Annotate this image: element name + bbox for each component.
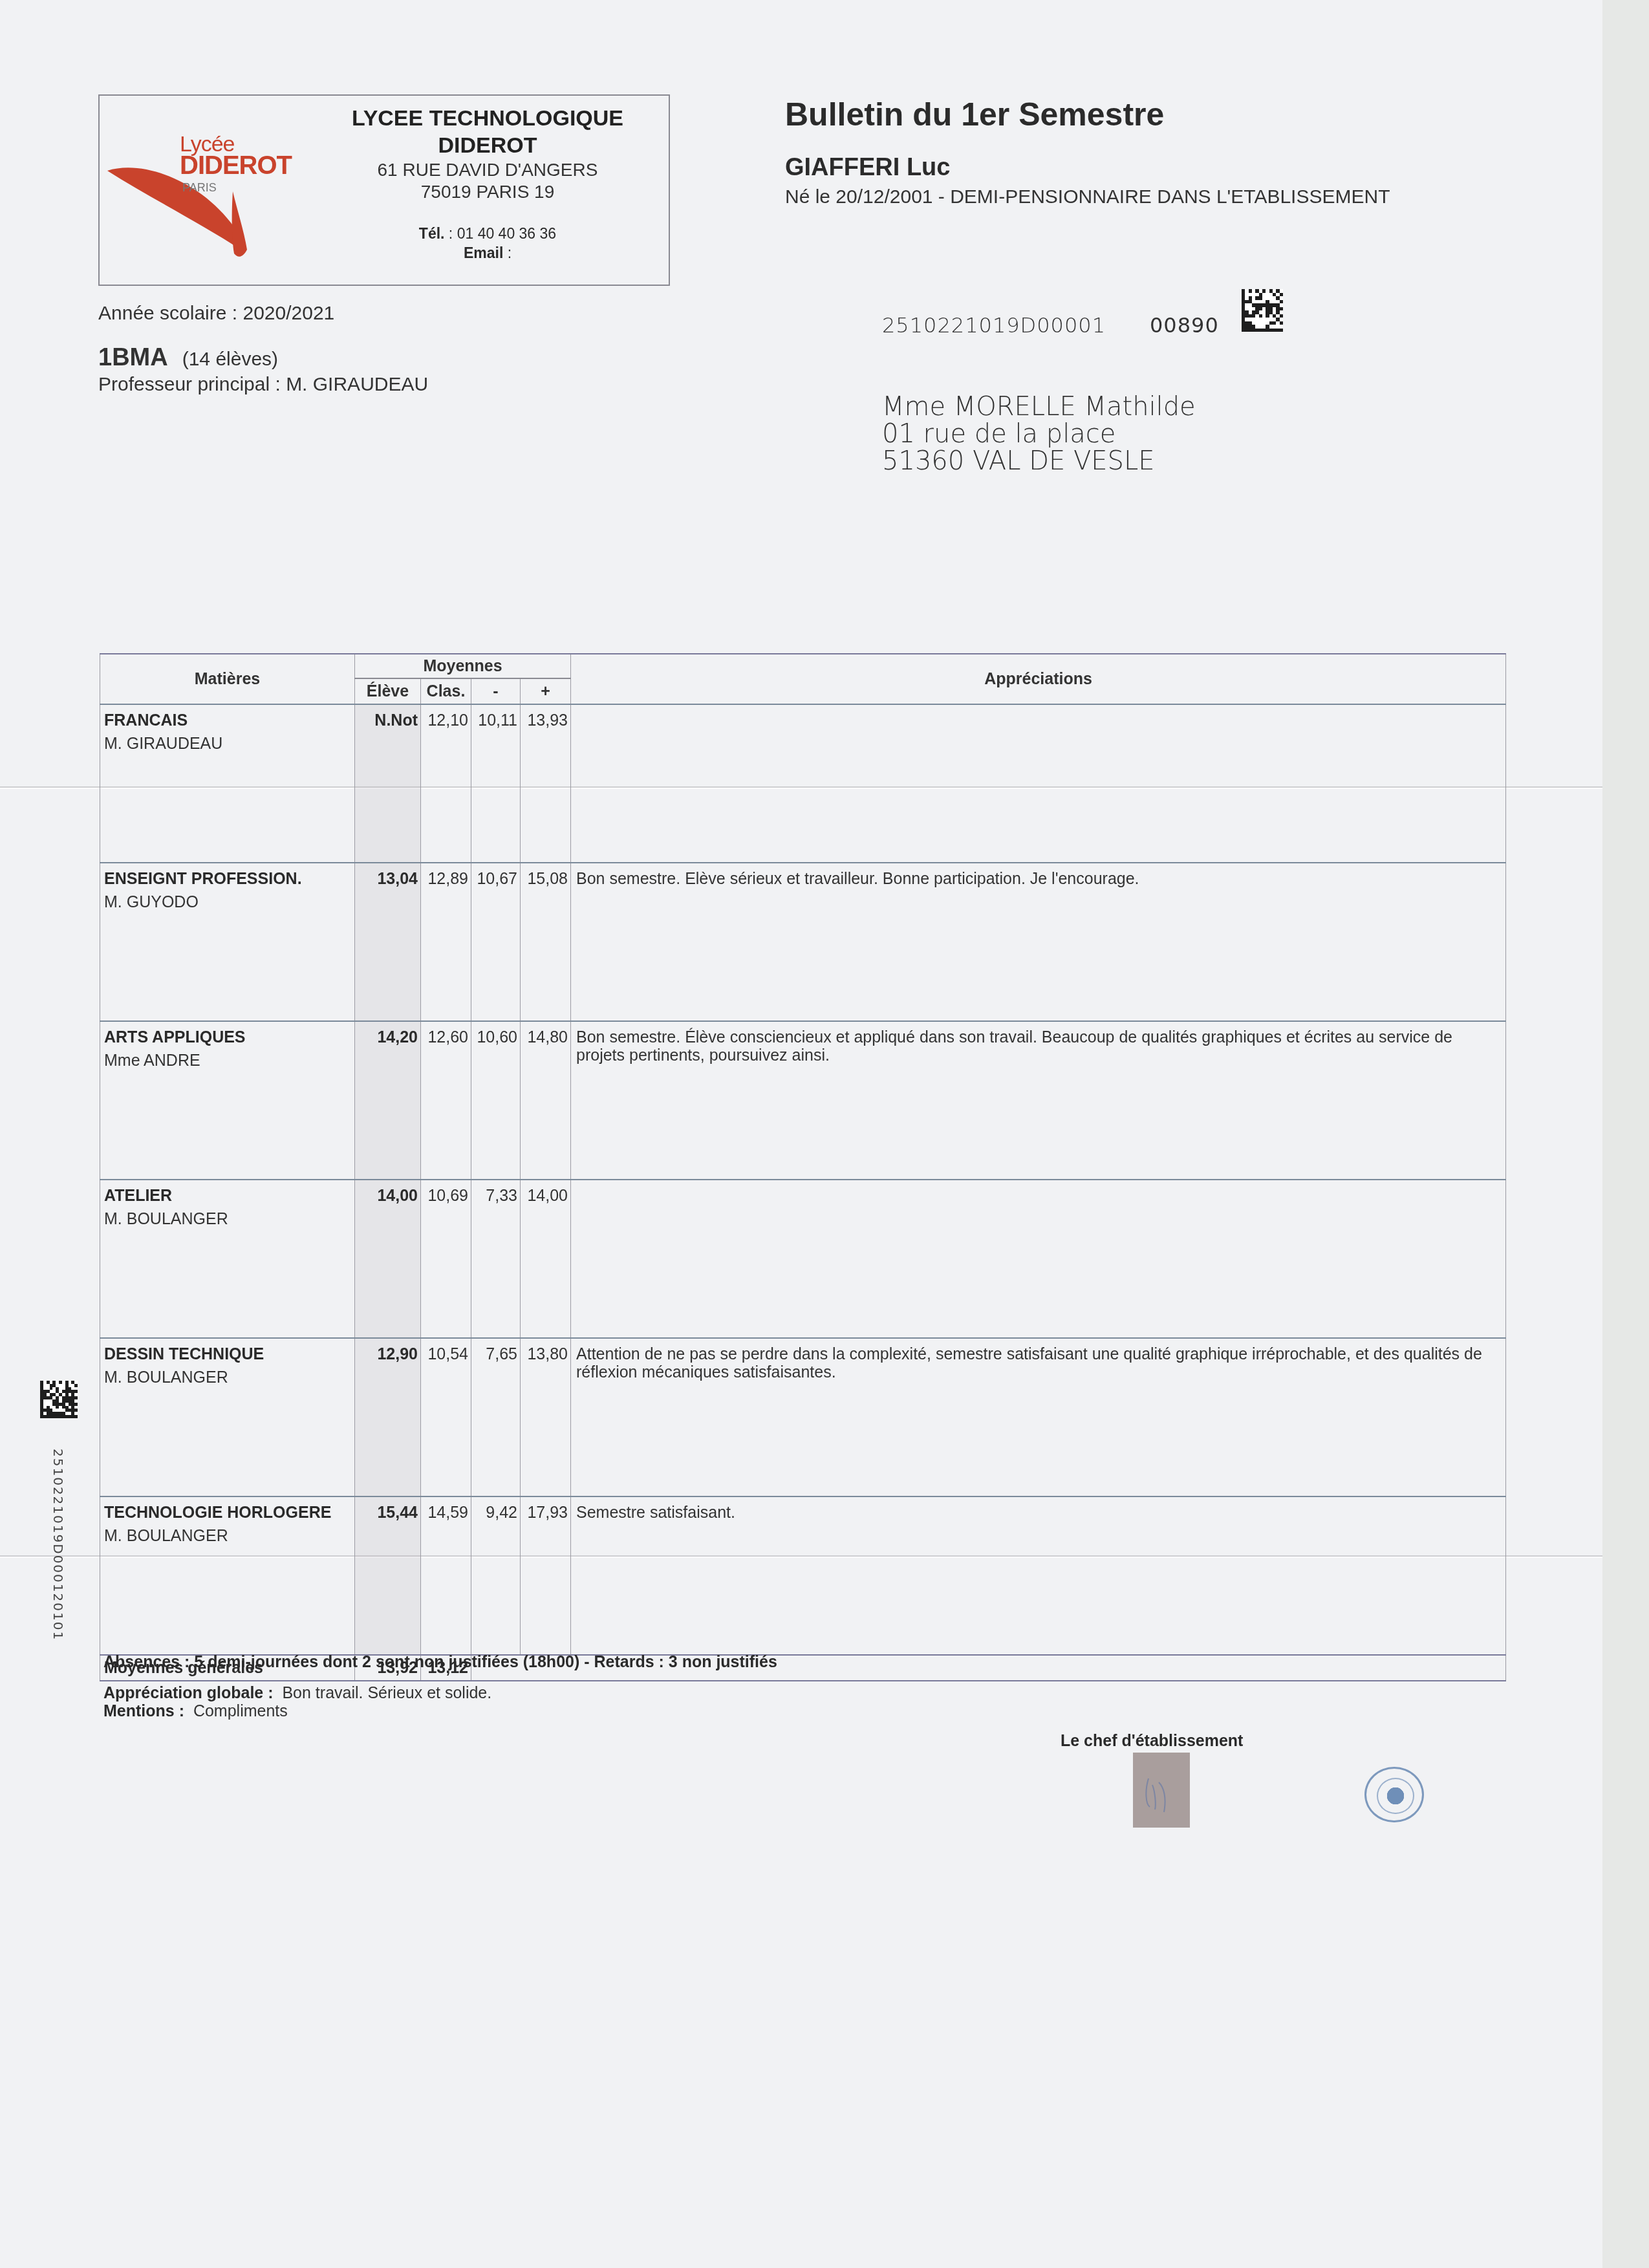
class-name: 1BMA <box>98 344 168 371</box>
header-min: - <box>471 678 521 704</box>
reference-code: 2510221019D00001 <box>882 313 1106 338</box>
min-average: 10,11 <box>471 704 521 863</box>
recipient-line: Mme MORELLE Mathilde <box>882 393 1196 420</box>
subject-name: FRANCAIS <box>104 711 350 729</box>
max-average: 14,80 <box>521 1021 571 1180</box>
student-name: GIAFFERI Luc <box>785 154 950 182</box>
logo-text-paris: PARIS <box>182 181 217 195</box>
email-value: : <box>503 244 512 261</box>
student-average: 12,90 <box>355 1338 421 1496</box>
class-average: 12,60 <box>421 1021 471 1180</box>
comment: Semestre satisfaisant. <box>571 1496 1506 1655</box>
class-average: 14,59 <box>421 1496 471 1655</box>
recipient-line: 51360 VAL DE VESLE <box>882 448 1196 475</box>
school-name-line2: DIDEROT <box>313 132 662 159</box>
header-subjects: Matières <box>100 654 355 704</box>
class-average: 10,54 <box>421 1338 471 1496</box>
table-row: ENSEIGNT PROFESSION.M. GUYODO 13,04 12,8… <box>100 863 1506 1021</box>
school-address-line2: 75019 PARIS 19 <box>313 181 662 203</box>
comment: Bon semestre. Elève sérieux et travaille… <box>571 863 1506 1021</box>
subject-cell: FRANCAISM. GIRAUDEAU <box>100 704 355 863</box>
subject-name: ENSEIGNT PROFESSION. <box>104 870 350 888</box>
reference-number: 00890 <box>1150 313 1219 338</box>
max-average: 13,93 <box>521 704 571 863</box>
comment <box>571 704 1506 863</box>
teacher-name: Mme ANDRE <box>104 1052 350 1070</box>
signature-icon <box>1133 1753 1190 1828</box>
recipient-address: Mme MORELLE Mathilde 01 rue de la place … <box>882 393 1196 475</box>
subject-name: TECHNOLOGIE HORLOGERE <box>104 1504 350 1522</box>
school-phone: Tél. : 01 40 40 36 36 <box>313 224 662 243</box>
student-average: 15,44 <box>355 1496 421 1655</box>
school-stamp-icon <box>1364 1767 1424 1822</box>
signatory-title: Le chef d'établissement <box>1061 1732 1243 1751</box>
signature-image <box>1133 1753 1190 1828</box>
table-row: DESSIN TECHNIQUEM. BOULANGER 12,90 10,54… <box>100 1338 1506 1496</box>
class-average: 12,10 <box>421 704 471 863</box>
subject-cell: ATELIERM. BOULANGER <box>100 1180 355 1338</box>
min-average: 10,67 <box>471 863 521 1021</box>
student-info: Né le 20/12/2001 - DEMI-PENSIONNAIRE DAN… <box>785 186 1390 208</box>
class-line: 1BMA(14 élèves) <box>98 344 278 372</box>
subject-cell: ENSEIGNT PROFESSION.M. GUYODO <box>100 863 355 1021</box>
subject-cell: ARTS APPLIQUESMme ANDRE <box>100 1021 355 1180</box>
comment: Bon semestre. Élève consciencieux et app… <box>571 1021 1506 1180</box>
recipient-line: 01 rue de la place <box>882 420 1196 448</box>
student-average: 14,20 <box>355 1021 421 1180</box>
student-average: 14,00 <box>355 1180 421 1338</box>
school-name-line1: LYCEE TECHNOLOGIQUE <box>313 105 662 132</box>
subject-name: ATELIER <box>104 1187 350 1205</box>
report-card-page: Lycée DIDEROT PARIS LYCEE TECHNOLOGIQUE … <box>0 0 1602 2268</box>
school-info: LYCEE TECHNOLOGIQUE DIDEROT 61 RUE DAVID… <box>313 105 662 263</box>
min-average: 10,60 <box>471 1021 521 1180</box>
teacher-name: M. BOULANGER <box>104 1527 350 1545</box>
max-average: 15,08 <box>521 863 571 1021</box>
class-size: (14 élèves) <box>182 349 278 370</box>
header-max: + <box>521 678 571 704</box>
email-label: Email <box>464 244 503 261</box>
teacher-name: M. BOULANGER <box>104 1368 350 1387</box>
subject-name: ARTS APPLIQUES <box>104 1028 350 1046</box>
header-comments: Appréciations <box>571 654 1506 704</box>
absences-summary: Absences : 5 demi-journées dont 2 sont n… <box>103 1653 777 1672</box>
min-average: 7,33 <box>471 1180 521 1338</box>
school-address-line1: 61 RUE DAVID D'ANGERS <box>313 159 662 181</box>
school-email: Email : <box>313 243 662 263</box>
max-average: 13,80 <box>521 1338 571 1496</box>
grades-table: Matières Moyennes Appréciations Élève Cl… <box>100 653 1506 1681</box>
head-teacher: Professeur principal : M. GIRAUDEAU <box>98 374 428 396</box>
global-appreciation-label: Appréciation globale : <box>103 1684 274 1702</box>
datamatrix-barcode-icon <box>1242 289 1283 332</box>
page-title: Bulletin du 1er Semestre <box>785 96 1164 133</box>
min-average: 7,65 <box>471 1338 521 1496</box>
phone-value: : 01 40 40 36 36 <box>444 225 556 242</box>
teacher-name: M. GIRAUDEAU <box>104 735 350 753</box>
max-average: 17,93 <box>521 1496 571 1655</box>
student-average: N.Not <box>355 704 421 863</box>
school-header-box: Lycée DIDEROT PARIS LYCEE TECHNOLOGIQUE … <box>98 94 670 286</box>
table-row: TECHNOLOGIE HORLOGEREM. BOULANGER 15,44 … <box>100 1496 1506 1655</box>
class-average: 12,89 <box>421 863 471 1021</box>
min-average: 9,42 <box>471 1496 521 1655</box>
table-row: ATELIERM. BOULANGER 14,00 10,69 7,33 14,… <box>100 1180 1506 1338</box>
global-appreciation-value: Bon travail. Sérieux et solide. <box>282 1684 491 1702</box>
global-appreciation: Appréciation globale : Bon travail. Séri… <box>103 1684 491 1720</box>
mentions-value: Compliments <box>193 1702 288 1720</box>
header-class-average: Clas. <box>421 678 471 704</box>
school-logo: Lycée DIDEROT PARIS <box>105 120 299 275</box>
phone-label: Tél. <box>419 225 445 242</box>
teacher-name: M. GUYODO <box>104 893 350 911</box>
table-row: ARTS APPLIQUESMme ANDRE 14,20 12,60 10,6… <box>100 1021 1506 1180</box>
subject-name: DESSIN TECHNIQUE <box>104 1345 350 1363</box>
comment <box>571 1180 1506 1338</box>
side-reference-code: 2510221019D000120101 <box>50 1449 66 1641</box>
max-average: 14,00 <box>521 1180 571 1338</box>
side-datamatrix-barcode-icon <box>40 1381 78 1418</box>
header-averages: Moyennes <box>355 654 571 678</box>
teacher-name: M. BOULANGER <box>104 1210 350 1228</box>
class-average: 10,69 <box>421 1180 471 1338</box>
student-average: 13,04 <box>355 863 421 1021</box>
school-year: Année scolaire : 2020/2021 <box>98 303 334 325</box>
table-row: FRANCAISM. GIRAUDEAU N.Not 12,10 10,11 1… <box>100 704 1506 863</box>
subject-cell: DESSIN TECHNIQUEM. BOULANGER <box>100 1338 355 1496</box>
mentions-label: Mentions : <box>103 1702 184 1720</box>
comment: Attention de ne pas se perdre dans la co… <box>571 1338 1506 1496</box>
logo-text-diderot: DIDEROT <box>180 151 292 180</box>
subject-cell: TECHNOLOGIE HORLOGEREM. BOULANGER <box>100 1496 355 1655</box>
header-student-average: Élève <box>355 678 421 704</box>
